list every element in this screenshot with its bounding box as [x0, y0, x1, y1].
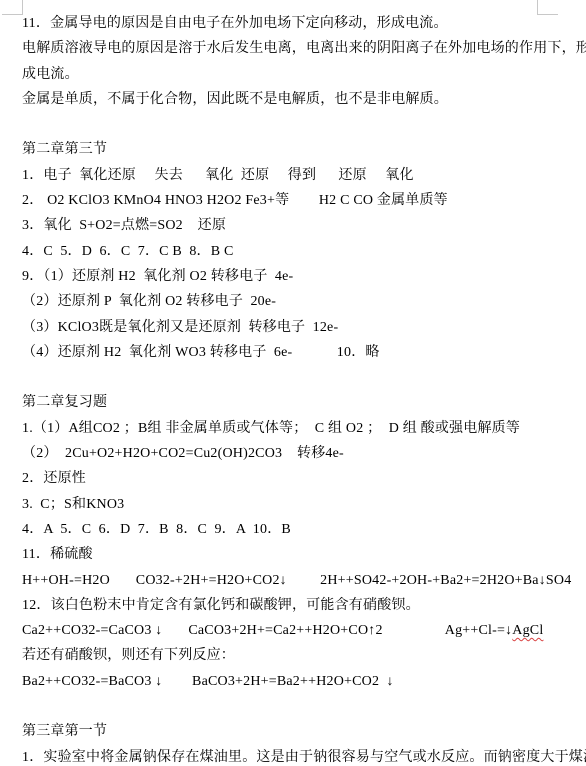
ch2r-q1-2: （2） 2Cu+O2+H2O+CO2=Cu2(OH)2CO3 转移4e-: [22, 441, 578, 466]
heading-ch3-sec1: 第三章第一节: [22, 719, 578, 744]
text-segment: H++OH-=H2O CO32-+2H+=H2O+CO2↓ 2H++SO42-+…: [22, 573, 571, 588]
ch2r-q4-10: 4．A 5．C 6．D 7．B 8．C 9．A 10．B: [22, 517, 578, 542]
text-segment: 4．A 5．C 6．D 7．B 8．C 9．A 10．B: [22, 522, 291, 537]
ch2r-q11-equations: H++OH-=H2O CO32-+2H+=H2O+CO2↓ 2H++SO42-+…: [22, 568, 578, 593]
ch2s3-q9-3: （3）KClO3既是氧化剂又是还原剂 转移电子 12e-: [22, 315, 578, 340]
text-segment: （2） 2Cu+O2+H2O+CO2=Cu2(OH)2CO3 转移4e-: [22, 446, 344, 461]
text-segment: 4．C 5．D 6．C 7．C B 8．B C: [22, 244, 234, 259]
text-segment: Ba2++CO32-=BaCO3 ↓ BaCO3+2H+=Ba2++H2O+CO…: [22, 674, 394, 689]
text-segment: 金属是单质，不属于化合物，因此既不是电解质，也不是非电解质。: [22, 92, 448, 107]
text-segment: 11．稀硫酸: [22, 547, 93, 562]
ch2r-q12-equations: Ca2++CO32-=CaCO3 ↓ CaCO3+2H+=Ca2++H2O+CO…: [22, 618, 578, 643]
ch2s3-q3: 3．氧化 S+O2=点燃=SO2 还原: [22, 213, 578, 238]
text-segment: 第三章第一节: [22, 724, 107, 739]
text-segment: 电解质溶液导电的原因是溶于水后发生电离，电离出来的阴阳离子在外加电场的作用下，形: [22, 41, 586, 56]
ch2r-q3: 3. C；S和KNO3: [22, 492, 578, 517]
text-segment: 1．实验室中将金属钠保存在煤油里。这是由于钠很容易与空气或水反应。而钠密度大于煤…: [22, 750, 586, 765]
text-segment: 1．电子 氧化还原 失去 氧化 还原 得到 还原 氧化: [22, 168, 414, 183]
ch2s3-q4-8: 4．C 5．D 6．C 7．C B 8．B C: [22, 239, 578, 264]
ch2r-q12: 12．该白色粉末中肯定含有氯化钙和碳酸钾，可能含有硝酸钡。: [22, 593, 578, 618]
text-segment: 成电流。: [22, 67, 79, 82]
blank-line: [22, 694, 578, 719]
ch2s3-q9-4: （4）还原剂 H2 氧化剂 WO3 转移电子 6e- 10．略: [22, 340, 578, 365]
ch2s3-q2: 2． O2 KClO3 KMnO4 HNO3 H2O2 Fe3+等 H2 C C…: [22, 188, 578, 213]
document-content: 11．金属导电的原因是自由电子在外加电场下定向移动，形成电流。电解质溶液导电的原…: [22, 11, 578, 766]
heading-ch2-sec3: 第二章第三节: [22, 137, 578, 162]
text-segment: 2． O2 KClO3 KMnO4 HNO3 H2O2 Fe3+等 H2 C C…: [22, 193, 448, 208]
document-page: 11．金属导电的原因是自由电子在外加电场下定向移动，形成电流。电解质溶液导电的原…: [0, 0, 586, 766]
text-segment: 12．该白色粉末中肯定含有氯化钙和碳酸钾，可能含有硝酸钡。: [22, 598, 420, 613]
text-segment: （4）还原剂 H2 氧化剂 WO3 转移电子 6e- 10．略: [22, 345, 380, 360]
text-segment: （3）KClO3既是氧化剂又是还原剂 转移电子 12e-: [22, 320, 338, 335]
ch2r-q12-equations2: Ba2++CO32-=BaCO3 ↓ BaCO3+2H+=Ba2++H2O+CO…: [22, 669, 578, 694]
text-segment: 第二章复习题: [22, 395, 107, 410]
blank-line: [22, 112, 578, 137]
ch2s3-q9-2: （2）还原剂 P 氧化剂 O2 转移电子 20e-: [22, 289, 578, 314]
ch2r-q1-1: 1.（1）A组CO2 ；B组 非金属单质或气体等； C 组 O2 ； D 组 酸…: [22, 416, 578, 441]
answer-11-electrolyte-line2: 成电流。: [22, 62, 578, 87]
blank-line: [22, 365, 578, 390]
ch3s1-q1: 1．实验室中将金属钠保存在煤油里。这是由于钠很容易与空气或水反应。而钠密度大于煤…: [22, 745, 578, 766]
ch2r-q11: 11．稀硫酸: [22, 542, 578, 567]
ch2r-q2: 2．还原性: [22, 466, 578, 491]
text-segment: 11．金属导电的原因是自由电子在外加电场下定向移动，形成电流。: [22, 16, 448, 31]
text-segment: Ca2++CO32-=CaCO3 ↓ CaCO3+2H+=Ca2++H2O+CO…: [22, 623, 512, 638]
ch2s3-q1: 1．电子 氧化还原 失去 氧化 还原 得到 还原 氧化: [22, 163, 578, 188]
text-segment: 3．氧化 S+O2=点燃=SO2 还原: [22, 218, 226, 233]
text-segment: 2．还原性: [22, 471, 86, 486]
text-segment: 第二章第三节: [22, 142, 107, 157]
ch2r-q12-note: 若还有硝酸钡，则还有下列反应：: [22, 643, 578, 668]
text-segment: 9．（1）还原剂 H2 氧化剂 O2 转移电子 4e-: [22, 269, 293, 284]
answer-11-electrolyte-line1: 电解质溶液导电的原因是溶于水后发生电离，电离出来的阴阳离子在外加电场的作用下，形: [22, 36, 578, 61]
text-segment: （2）还原剂 P 氧化剂 O2 转移电子 20e-: [22, 294, 276, 309]
heading-ch2-review: 第二章复习题: [22, 390, 578, 415]
spell-error-text: AgCl: [512, 623, 543, 638]
margin-corner-mark-left: [2, 0, 23, 15]
text-segment: 3. C；S和KNO3: [22, 497, 124, 512]
ch2s3-q9-1: 9．（1）还原剂 H2 氧化剂 O2 转移电子 4e-: [22, 264, 578, 289]
text-segment: 1.（1）A组CO2 ；B组 非金属单质或气体等； C 组 O2 ； D 组 酸…: [22, 421, 520, 436]
answer-11-metal-conduction: 11．金属导电的原因是自由电子在外加电场下定向移动，形成电流。: [22, 11, 578, 36]
answer-11-metal-note: 金属是单质，不属于化合物，因此既不是电解质，也不是非电解质。: [22, 87, 578, 112]
text-segment: 若还有硝酸钡，则还有下列反应：: [22, 648, 235, 663]
